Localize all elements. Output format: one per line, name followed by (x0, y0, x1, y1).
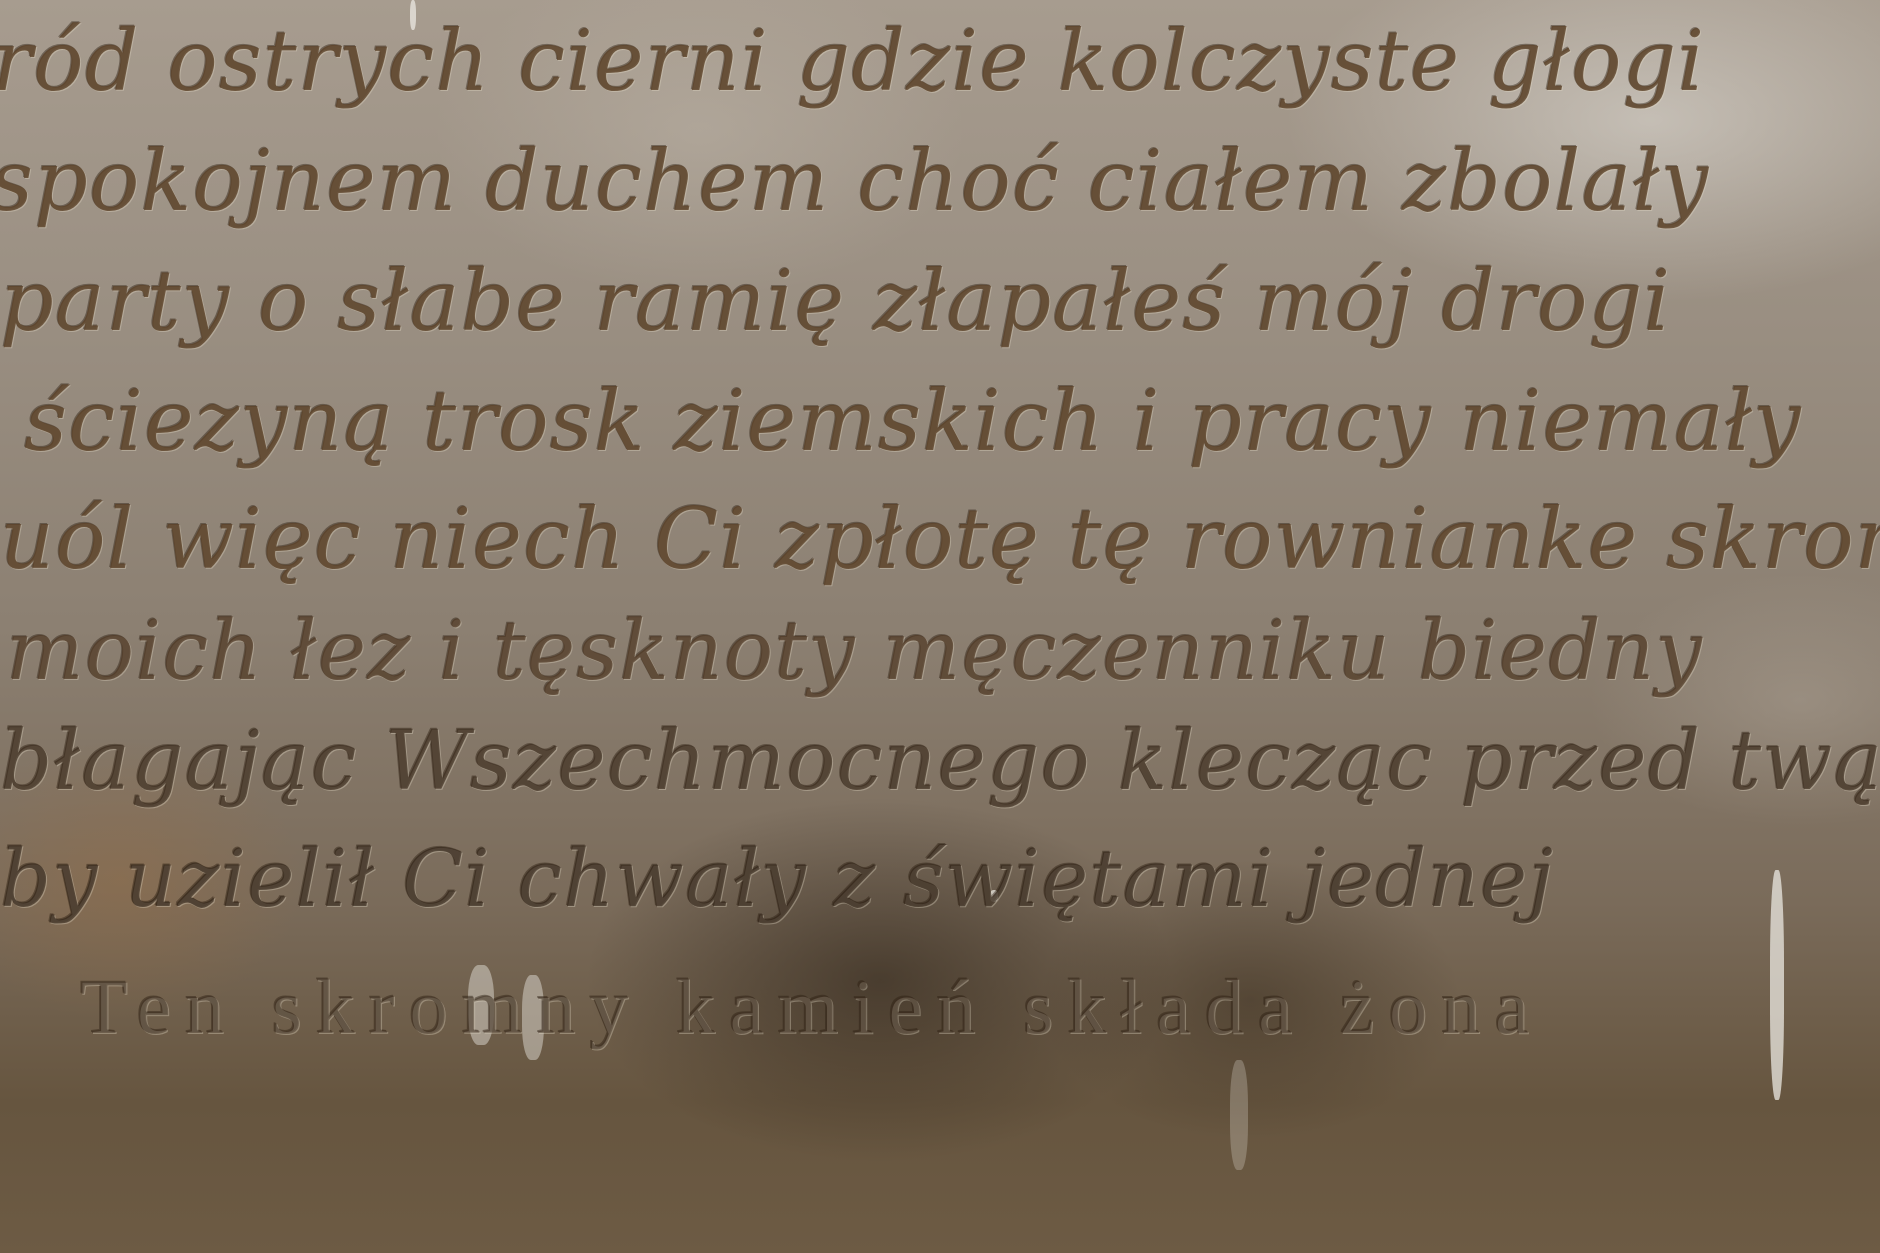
inscription-line-7: błagając Wszechmocnego klecząc przed twą… (0, 714, 1880, 809)
stone-plaque-photo: ród ostrych cierni gdzie kolczyste głogi… (0, 0, 1880, 1253)
inscription-line-9: Ten skromny kamień składa żona (80, 962, 1543, 1052)
inscription-line-2: spokojnem duchem choć ciałem zbolały (0, 132, 1709, 230)
white-scratch-mark (1230, 1060, 1248, 1170)
white-scratch-mark (1770, 870, 1784, 1100)
inscription-line-1: ród ostrych cierni gdzie kolczyste głogi (0, 12, 1705, 110)
inscription-line-5: uól więc niech Ci zpłotę tę rownianke sk… (0, 490, 1880, 588)
inscription-line-8: by uzielił Ci chwały z świętami jednej (0, 832, 1554, 925)
inscription-line-4: ściezyną trosk ziemskich i pracy niemały (24, 372, 1802, 470)
inscription-line-6: moich łez i tęsknoty męczenniku biedny (6, 604, 1703, 699)
inscription-line-3: party o słabe ramię złapałeś mój drogi (0, 252, 1671, 350)
